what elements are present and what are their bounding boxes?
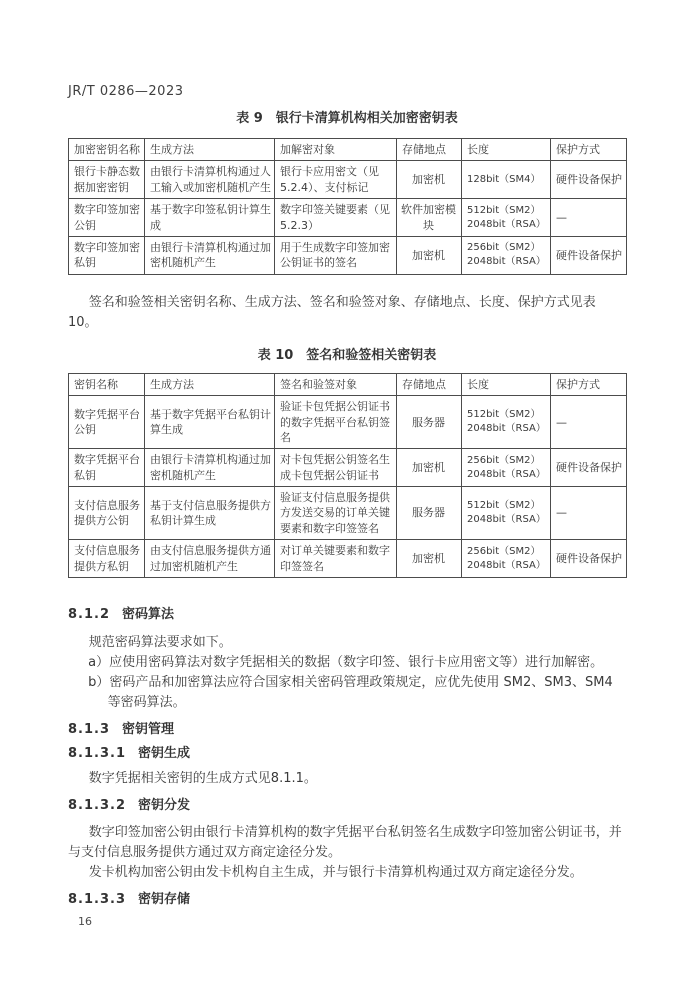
section-number: 8.1.3 [68,721,110,739]
section-title: 密钥分发 [138,798,190,813]
list-item-a: a）应使用密码算法对数字凭据相关的数据（数字印签、银行卡应用密文等）进行加解密。 [88,653,626,673]
table-cell: 加密机 [397,236,462,274]
paragraph-8-1-3-2-first: 数字印签加密公钥由银行卡清算机构的数字凭据平台私钥签名生成数字印签加密公钥证书，… [68,823,626,863]
table-cell: 基于数字印签私钥计算生成 [145,199,275,237]
table-cell: 基于支付信息服务提供方私钥计算生成 [145,487,275,540]
table-cell: 服务器 [397,396,462,449]
column-header: 保护方式 [551,373,627,395]
column-header: 长度 [462,373,551,395]
paragraph-8-1-3-2-second: 发卡机构加密公钥由发卡机构自主生成，并与银行卡清算机构通过双方商定途径分发。 [68,863,626,883]
table-cell: 服务器 [397,487,462,540]
column-header: 存储地点 [397,373,462,395]
table9-encryption-keys: 加密密钥名称 生成方法 加解密对象 存储地点 长度 保护方式 银行卡静态数据加密… [68,138,627,275]
table10-title: 表 10 签名和验签相关密钥表 [68,347,626,364]
table-cell: 由银行卡清算机构通过人工输入或加密机随机产生 [145,161,275,199]
table-cell: 数字印签加密公钥 [69,199,145,237]
table-cell: 硬件设备保护 [551,449,627,487]
section-number: 8.1.3.3 [68,891,126,909]
table-cell: 512bit（SM2） 2048bit（RSA） [462,487,551,540]
table-cell: 256bit（SM2） 2048bit（RSA） [462,449,551,487]
column-header: 密钥名称 [69,373,145,395]
table-cell: 银行卡应用密文（见5.2.4）、支付标记 [275,161,397,199]
table-cell: 验证支付信息服务提供方发送交易的订单关键要素和数字印签签名 [275,487,397,540]
section-number: 8.1.3.1 [68,745,126,763]
column-header: 保护方式 [551,139,627,161]
table-row: 数字印签加密公钥 基于数字印签私钥计算生成 数字印签关键要素（见5.2.3） 软… [69,199,627,237]
table-cell: 256bit（SM2） 2048bit（RSA） [462,540,551,578]
table-cell: 硬件设备保护 [551,540,627,578]
table-cell: 加密机 [397,161,462,199]
table-row: 数字凭据平台私钥 由银行卡清算机构通过加密机随机产生 对卡包凭据公钥签名生成卡包… [69,449,627,487]
table10-header-row: 密钥名称 生成方法 签名和验签对象 存储地点 长度 保护方式 [69,373,627,395]
table-cell: 512bit（SM2） 2048bit（RSA） [462,396,551,449]
table10-lead-paragraph: 签名和验签相关密钥名称、生成方法、签名和验签对象、存储地点、长度、保护方式见表 … [68,293,626,333]
table-cell: 对订单关键要素和数字印签签名 [275,540,397,578]
table-cell: 由银行卡清算机构通过加密机随机产生 [145,236,275,274]
table-row: 支付信息服务提供方私钥 由支付信息服务提供方通过加密机随机产生 对订单关键要素和… [69,540,627,578]
page-number: 16 [78,915,626,928]
column-header: 生成方法 [145,139,275,161]
document-number: JR/T 0286—2023 [68,84,626,100]
section-number: 8.1.3.2 [68,797,126,815]
table-cell: 验证卡包凭据公钥证书的数字凭据平台私钥签名 [275,396,397,449]
section-title: 密钥管理 [122,722,174,737]
section-heading-8-1-3-1: 8.1.3.1密钥生成 [68,745,626,763]
table9-header-row: 加密密钥名称 生成方法 加解密对象 存储地点 长度 保护方式 [69,139,627,161]
table-cell: 数字印签加密私钥 [69,236,145,274]
table-cell: 由银行卡清算机构通过加密机随机产生 [145,449,275,487]
table-cell: 支付信息服务提供方公钥 [69,487,145,540]
table-cell: 由支付信息服务提供方通过加密机随机产生 [145,540,275,578]
table-cell: 128bit（SM4） [462,161,551,199]
section-heading-8-1-3: 8.1.3密钥管理 [68,721,626,739]
paragraph-8-1-3-1: 数字凭据相关密钥的生成方式见8.1.1。 [68,769,626,789]
table9-title: 表 9 银行卡清算机构相关加密密钥表 [68,110,626,127]
column-header: 存储地点 [397,139,462,161]
table-cell: 支付信息服务提供方私钥 [69,540,145,578]
document-page: JR/T 0286—2023 表 9 银行卡清算机构相关加密密钥表 加密密钥名称… [0,0,700,990]
section-title: 密钥存储 [138,892,190,907]
table-cell: 数字凭据平台公钥 [69,396,145,449]
table-cell: 256bit（SM2） 2048bit（RSA） [462,236,551,274]
section-heading-8-1-2: 8.1.2密码算法 [68,606,626,624]
table-cell: — [551,199,627,237]
table-cell: 用于生成数字印签加密公钥证书的签名 [275,236,397,274]
column-header: 长度 [462,139,551,161]
table-cell: 数字印签关键要素（见5.2.3） [275,199,397,237]
table-row: 银行卡静态数据加密密钥 由银行卡清算机构通过人工输入或加密机随机产生 银行卡应用… [69,161,627,199]
table-cell: 加密机 [397,540,462,578]
table-cell: 数字凭据平台私钥 [69,449,145,487]
table-cell: 硬件设备保护 [551,161,627,199]
section-number: 8.1.2 [68,606,110,624]
table10-signature-keys: 密钥名称 生成方法 签名和验签对象 存储地点 长度 保护方式 数字凭据平台公钥 … [68,373,627,578]
section-heading-8-1-3-2: 8.1.3.2密钥分发 [68,797,626,815]
table-cell: — [551,396,627,449]
table-cell: 对卡包凭据公钥签名生成卡包凭据公钥证书 [275,449,397,487]
table-cell: 软件加密模块 [397,199,462,237]
table-cell: 加密机 [397,449,462,487]
column-header: 加密密钥名称 [69,139,145,161]
table-cell: 基于数字凭据平台私钥计算生成 [145,396,275,449]
section-title: 密码算法 [122,607,174,622]
table-cell: 硬件设备保护 [551,236,627,274]
table-row: 数字凭据平台公钥 基于数字凭据平台私钥计算生成 验证卡包凭据公钥证书的数字凭据平… [69,396,627,449]
section-title: 密钥生成 [138,746,190,761]
table-cell: 银行卡静态数据加密密钥 [69,161,145,199]
column-header: 生成方法 [145,373,275,395]
table-row: 支付信息服务提供方公钥 基于支付信息服务提供方私钥计算生成 验证支付信息服务提供… [69,487,627,540]
table-cell: — [551,487,627,540]
column-header: 签名和验签对象 [275,373,397,395]
table-cell: 512bit（SM2） 2048bit（RSA） [462,199,551,237]
section-heading-8-1-3-3: 8.1.3.3密钥存储 [68,891,626,909]
list-item-b: b）密码产品和加密算法应符合国家相关密码管理政策规定，应优先使用 SM2、SM3… [88,673,626,713]
column-header: 加解密对象 [275,139,397,161]
table-row: 数字印签加密私钥 由银行卡清算机构通过加密机随机产生 用于生成数字印签加密公钥证… [69,236,627,274]
paragraph-8-1-2-intro: 规范密码算法要求如下。 [68,633,626,653]
